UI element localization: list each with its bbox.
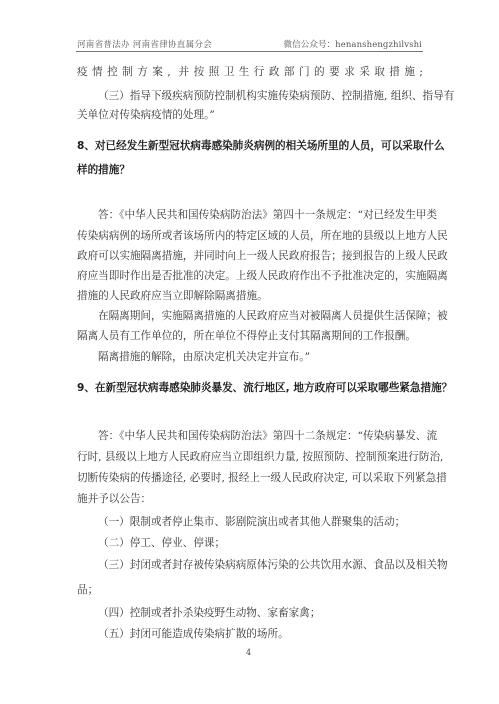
question-8-heading: 样的措施？ xyxy=(77,163,423,177)
continuation-line: （三）指导下级疾病预防控制机构实施传染病预防、控制措施, 组织、指导有 xyxy=(98,89,423,103)
header-org: 河南省普法办 河南省律协直属分会 xyxy=(77,38,212,50)
answer-9-line: 切断传染病的传播途径, 必要时, 报经上一级人民政府决定, 可以采取下列紧急措 xyxy=(77,471,423,485)
answer-8-line: 政府可以实施隔离措施，并同时向上一级人民政府报告；接到报告的上级人民政 xyxy=(77,249,423,263)
answer-9-line: 答：《中华人民共和国传染病防治法》第四十二条规定：“传染病暴发、流 xyxy=(98,429,423,443)
header-wechat-account: 微信公众号：henanshengzhilvshi xyxy=(284,38,422,50)
answer-8-line: 隔离人员有工作单位的，所在单位不得停止支付其隔离期间的工作报酬。 xyxy=(77,329,423,343)
answer-9-list-item: 品； xyxy=(77,583,423,597)
continuation-line: 关单位对传染病疫情的处理。” xyxy=(77,108,423,122)
answer-9-line: 施并予以公告： xyxy=(77,492,423,506)
question-9-heading: 9、在新型冠状病毒感染肺炎暴发、流行地区, 地方政府可以采取哪些紧急措施？ xyxy=(77,381,423,395)
question-8-heading: 8、对已经发生新型冠状病毒感染肺炎病例的相关场所里的人员，可以采取什么 xyxy=(77,139,423,153)
answer-8-line: 答：《中华人民共和国传染病防治法》第四十一条规定：“对已经发生甲类 xyxy=(98,208,423,222)
continuation-line: 疫情控制方案, 并按照卫生行政部门的要求采取措施; xyxy=(77,65,423,79)
answer-8-line: 传染病病例的场所或者该场所内的特定区域的人员，所在地的县级以上地方人民 xyxy=(77,229,423,243)
answer-9-list-item: （一）限制或者停止集市、影剧院演出或者其他人群聚集的活动； xyxy=(98,515,423,529)
document-page: 河南省普法办 河南省律协直属分会 微信公众号：henanshengzhilvsh… xyxy=(0,0,499,704)
answer-9-list-item: （五）封闭可能造成传染病扩散的场所。 xyxy=(98,627,423,641)
header-divider xyxy=(76,51,423,52)
answer-8-line: 措施的人民政府应当立即解除隔离措施。 xyxy=(77,289,423,303)
answer-8-line: 隔离措施的解除，由原决定机关决定并宣布。” xyxy=(98,350,423,364)
answer-8-line: 在隔离期间，实施隔离措施的人民政府应当对被隔离人员提供生活保障；被 xyxy=(98,309,423,323)
answer-8-line: 府应当即时作出是否批准的决定。上级人民政府作出不予批准决定的，实施隔离 xyxy=(77,269,423,283)
answer-9-list-item: （三）封闭或者封存被传染病病原体污染的公共饮用水源、食品以及相关物 xyxy=(98,558,423,572)
answer-9-line: 行时, 县级以上地方人民政府应当立即组织力量, 按照预防、控制预案进行防治, xyxy=(77,450,423,464)
answer-9-list-item: （二）停工、停业、停课； xyxy=(98,536,423,550)
page-number: 4 xyxy=(246,648,251,657)
answer-9-list-item: （四）控制或者扑杀染疫野生动物、家畜家禽； xyxy=(98,606,423,620)
